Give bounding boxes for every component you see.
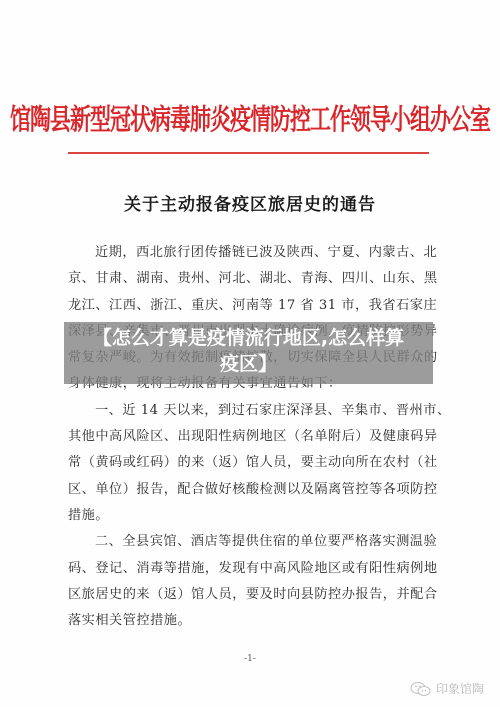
body-line: 措施。: [68, 503, 434, 529]
notice-title: 关于主动报备疫区旅居史的通告: [0, 190, 500, 215]
watermark-text: 印象馆陶: [436, 680, 484, 697]
watermark: 印象馆陶: [410, 680, 484, 697]
wechat-icon: [410, 681, 432, 697]
overlay-caption-line: 疫区】: [64, 351, 433, 377]
body-line: 码、登记、消毒等措施，发现有中高风险地区或有阳性病例地: [68, 556, 434, 582]
org-title: 馆陶县新型冠状病毒肺炎疫情防控工作领导小组办公室: [0, 98, 500, 139]
body-line: 一、近 14 天以来，到过石家庄深泽县、辛集市、晋州市、: [68, 398, 434, 424]
overlay-caption-line: 【怎么才算是疫情流行地区,怎么样算: [64, 325, 433, 351]
body-line: 近期，西北旅行团传播链已波及陕西、宁夏、内蒙古、北: [68, 240, 434, 266]
page-number: -1-: [0, 654, 500, 664]
body-line: 其他中高风险区、出现阳性病例地区（名单附后）及健康码异: [68, 424, 434, 450]
body-line: 区、单位）报告，配合做好核酸检测以及隔离管控等各项防控: [68, 477, 434, 503]
red-divider: [68, 152, 429, 154]
body-line: 京、甘肃、湖南、贵州、河北、湖北、青海、四川、山东、黑: [68, 266, 434, 292]
body-line: 区旅居史的来（返）馆人员，要及时向县防控办报告，并配合: [68, 582, 434, 608]
body-line: 落实相关管控措施。: [68, 608, 434, 634]
body-line: 常（黄码或红码）的来（返）馆人员，要主动向所在农村（社: [68, 450, 434, 476]
notice-body: 近期，西北旅行团传播链已波及陕西、宁夏、内蒙古、北 京、甘肃、湖南、贵州、河北、…: [68, 240, 434, 634]
body-line: 龙江、江西、浙江、重庆、河南等 17 省 31 市，我省石家庄: [68, 293, 434, 319]
overlay-caption: 【怎么才算是疫情流行地区,怎么样算 疫区】: [64, 325, 433, 377]
body-line: 二、全县宾馆、酒店等提供住宿的单位要严格落实测温验: [68, 529, 434, 555]
